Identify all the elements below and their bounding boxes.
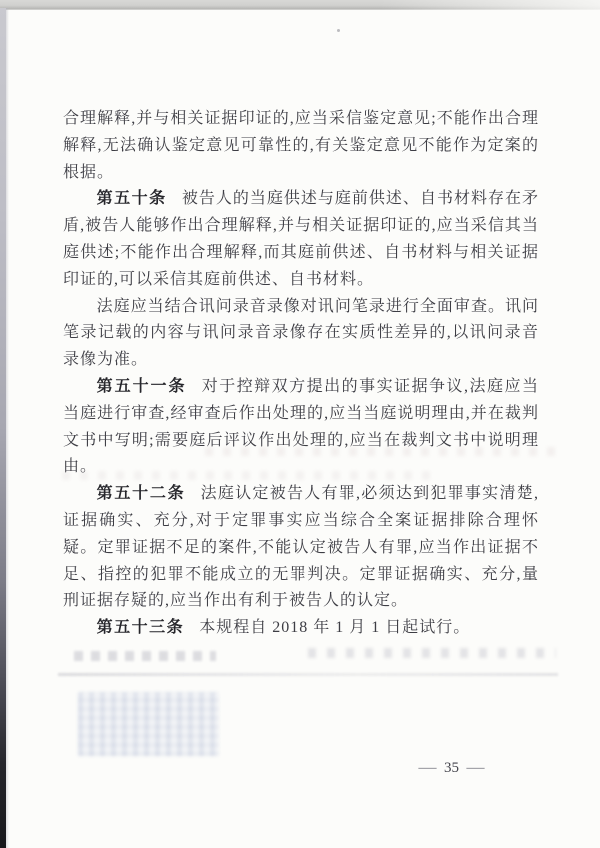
article-53-heading: 第五十三条 bbox=[97, 619, 185, 636]
paragraph-text: 法庭认定被告人有罪,必须达到犯罪事实清楚,证据确实、充分,对于定罪事实应当综合全… bbox=[63, 485, 539, 609]
bleedthrough-rule-line bbox=[58, 673, 558, 676]
article-50-heading: 第五十条 bbox=[97, 190, 167, 207]
scan-edge-top bbox=[0, 0, 600, 10]
bleedthrough-text-right bbox=[308, 648, 556, 658]
paragraph-text: 法庭应当结合讯问录音录像对讯问笔录进行全面审查。讯问笔录记载的内容与讯问录音录像… bbox=[63, 298, 539, 369]
article-51-heading: 第五十一条 bbox=[97, 378, 187, 395]
page-number-value: 35 bbox=[444, 760, 459, 777]
bleedthrough-text-left bbox=[74, 651, 216, 661]
bleedthrough-smudge-block bbox=[78, 692, 219, 756]
paragraph-continuation: 合理解释,并与相关证据印证的,应当采信鉴定意见;不能作出合理解释,无法确认鉴定意… bbox=[63, 106, 539, 186]
paragraph-article-52: 第五十二条法庭认定被告人有罪,必须达到犯罪事实清楚,证据确实、充分,对于定罪事实… bbox=[63, 481, 539, 615]
scan-edge-left bbox=[0, 8, 6, 848]
page-number-dash-left: — bbox=[419, 760, 437, 777]
paragraph-text: 合理解释,并与相关证据印证的,应当采信鉴定意见;不能作出合理解释,无法确认鉴定意… bbox=[63, 110, 539, 181]
scanned-document-page: 合理解释,并与相关证据印证的,应当采信鉴定意见;不能作出合理解释,无法确认鉴定意… bbox=[0, 0, 600, 848]
paragraph-recording-review: 法庭应当结合讯问录音录像对讯问笔录进行全面审查。讯问笔录记载的内容与讯问录音录像… bbox=[63, 294, 539, 374]
page-number-dash-right: — bbox=[467, 760, 485, 777]
legal-text-block: 合理解释,并与相关证据印证的,应当采信鉴定意见;不能作出合理解释,无法确认鉴定意… bbox=[63, 106, 539, 642]
scan-speck bbox=[337, 29, 340, 32]
paragraph-text: 本规程自 2018 年 1 月 1 日起试行。 bbox=[199, 619, 470, 636]
paragraph-article-53: 第五十三条本规程自 2018 年 1 月 1 日起试行。 bbox=[63, 615, 539, 642]
paragraph-article-50: 第五十条被告人的当庭供述与庭前供述、自书材料存在矛盾,被告人能够作出合理解释,并… bbox=[63, 186, 539, 293]
paragraph-article-51: 第五十一条对于控辩双方提出的事实证据争议,法庭应当当庭进行审查,经审查后作出处理… bbox=[63, 374, 539, 481]
page-number: — 35 — bbox=[0, 760, 600, 777]
article-52-heading: 第五十二条 bbox=[97, 485, 186, 502]
